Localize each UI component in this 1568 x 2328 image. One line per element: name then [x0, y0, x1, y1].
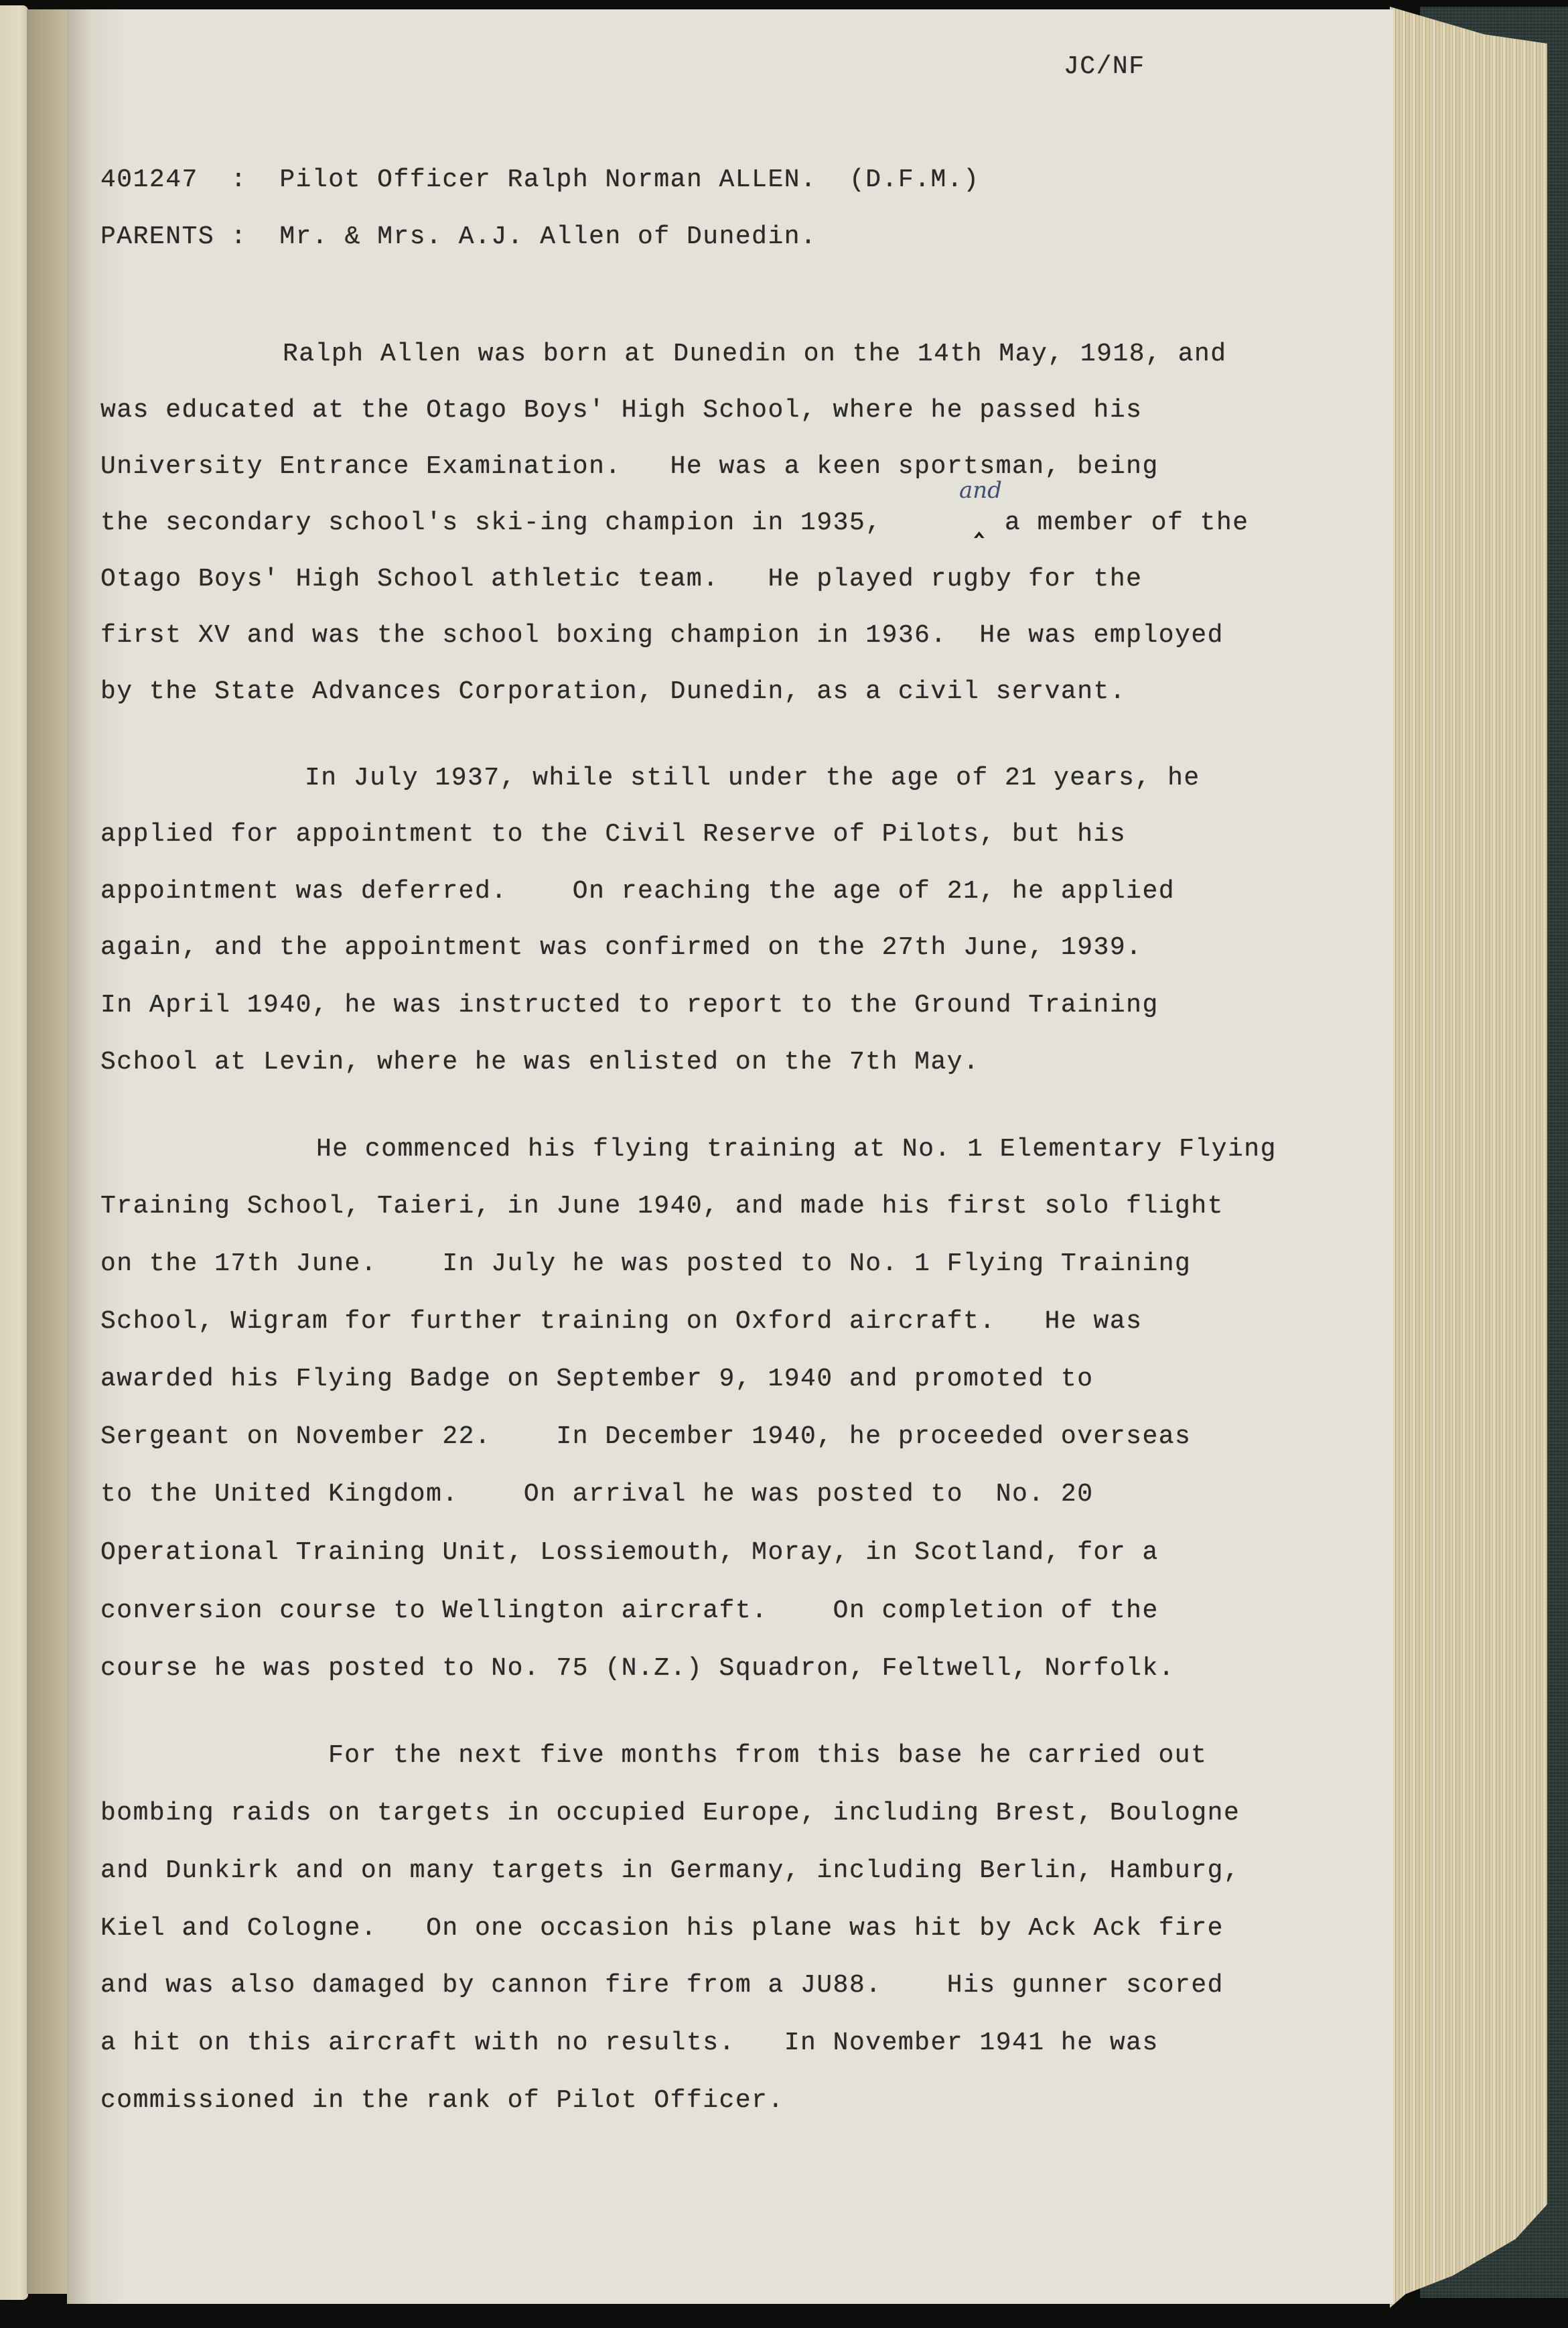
honours: (D.F.M.)	[849, 165, 979, 194]
page-block-edges	[1390, 7, 1547, 2308]
paragraph-4-line-5: and was also damaged by cannon fire from…	[100, 1971, 1224, 2000]
paragraph-3-line-5: awarded his Flying Badge on September 9,…	[100, 1365, 1094, 1393]
parents-line: PARENTS : Mr. & Mrs. A.J. Allen of Duned…	[100, 222, 816, 251]
paragraph-2-line-1: In July 1937, while still under the age …	[305, 764, 1200, 793]
paragraph-3-line-8: Operational Training Unit, Lossiemouth, …	[100, 1538, 1159, 1567]
paragraph-1-line-2: was educated at the Otago Boys' High Sch…	[100, 396, 1142, 425]
paragraph-1-line-6: first XV and was the school boxing champ…	[100, 621, 1224, 650]
paragraph-4-line-7: commissioned in the rank of Pilot Office…	[100, 2086, 784, 2115]
paragraph-2-line-2: applied for appointment to the Civil Res…	[100, 820, 1126, 849]
service-number: 401247	[100, 165, 198, 194]
header-separator: :	[230, 165, 246, 194]
handwritten-insertion: and	[959, 477, 1002, 504]
paragraph-1-line-4a: the secondary school's ski-ing champion …	[100, 508, 882, 537]
paragraph-2-line-5: In April 1940, he was instructed to repo…	[100, 991, 1159, 1020]
paragraph-1-line-1: Ralph Allen was born at Dunedin on the 1…	[283, 340, 1227, 368]
paragraph-3-line-3: on the 17th June. In July he was posted …	[100, 1249, 1191, 1278]
paragraph-4-line-3: and Dunkirk and on many targets in Germa…	[100, 1856, 1240, 1885]
reference-code: JC/NF	[1064, 52, 1145, 81]
paragraph-2-line-6: School at Levin, where he was enlisted o…	[100, 1048, 979, 1077]
paragraph-4-line-1: For the next five months from this base …	[328, 1741, 1207, 1770]
paragraph-3-line-4: School, Wigram for further training on O…	[100, 1307, 1142, 1336]
paragraph-1-line-4b: a member of the	[1005, 508, 1249, 537]
parents-value: Mr. & Mrs. A.J. Allen of Dunedin.	[279, 222, 816, 251]
paragraph-1-line-5: Otago Boys' High School athletic team. H…	[100, 565, 1142, 594]
paragraph-2-line-4: again, and the appointment was confirmed…	[100, 933, 1142, 962]
previous-page-edge	[0, 5, 28, 2300]
paragraph-3-line-1: He commenced his flying training at No. …	[316, 1135, 1277, 1164]
paragraph-4-line-4: Kiel and Cologne. On one occasion his pl…	[100, 1914, 1224, 1943]
paragraph-3-line-6: Sergeant on November 22. In December 194…	[100, 1422, 1191, 1451]
paragraph-2-line-3: appointment was deferred. On reaching th…	[100, 877, 1175, 906]
header-separator: :	[230, 222, 246, 251]
officer-name: Pilot Officer Ralph Norman ALLEN.	[279, 165, 816, 194]
paragraph-4-line-6: a hit on this aircraft with no results. …	[100, 2029, 1159, 2057]
paragraph-3-line-2: Training School, Taieri, in June 1940, a…	[100, 1192, 1224, 1221]
insertion-caret-mark: ‸	[975, 507, 984, 540]
paragraph-4-line-2: bombing raids on targets in occupied Eur…	[100, 1799, 1240, 1828]
paragraph-3-line-7: to the United Kingdom. On arrival he was…	[100, 1480, 1094, 1509]
paragraph-3-line-9: conversion course to Wellington aircraft…	[100, 1596, 1159, 1625]
service-header: 401247 : Pilot Officer Ralph Norman ALLE…	[100, 165, 979, 194]
paragraph-3-line-10: course he was posted to No. 75 (N.Z.) Sq…	[100, 1654, 1175, 1683]
parents-label: PARENTS	[100, 222, 214, 251]
paragraph-1-line-7: by the State Advances Corporation, Duned…	[100, 677, 1126, 706]
